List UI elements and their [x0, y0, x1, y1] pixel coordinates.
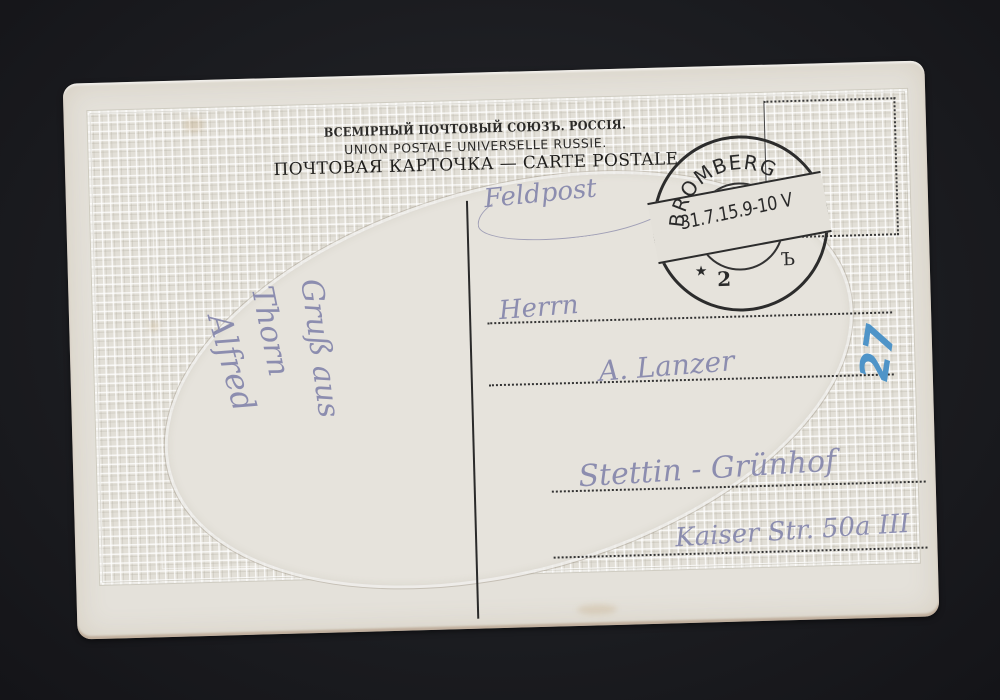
blue-pencil-number: 27	[851, 322, 905, 384]
postcard: ВСЕМIРНЫЙ ПОЧТОВЫЙ СОЮЗЪ. РОССIЯ. UNION …	[63, 60, 940, 639]
postmark-star-icon: ★	[695, 263, 708, 279]
handwritten-address-herrn: Herrn	[498, 290, 580, 326]
postmark-letter: Ъ	[780, 249, 795, 270]
age-stain	[577, 604, 617, 615]
postmark-number: 2	[717, 267, 732, 291]
postmark-circle: BROMBERG 31.7.15.9-10 V ★ 2 Ъ	[650, 133, 831, 314]
